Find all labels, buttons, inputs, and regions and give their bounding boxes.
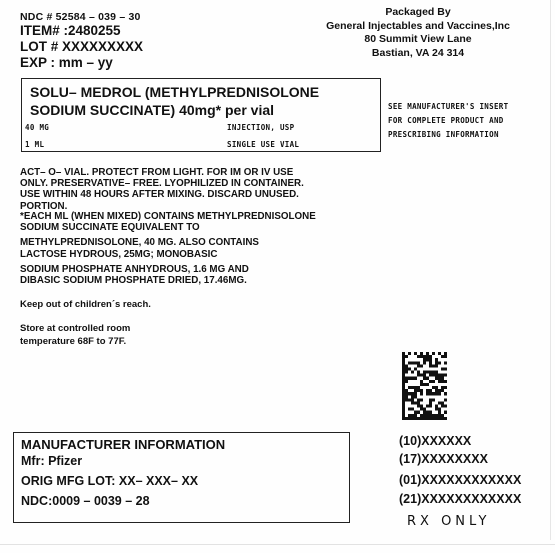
- manufacturer-ndc: NDC:0009 – 0039 – 28: [21, 494, 150, 508]
- phosphate-text: SODIUM PHOSPHATE ANHYDROUS, 1.6 MG AND D…: [20, 265, 249, 286]
- product-box: SOLU– MEDROL (METHYLPREDNISOLONE SODIUM …: [21, 78, 381, 152]
- insert-note-line: PRESCRIBING INFORMATION: [388, 128, 508, 142]
- drug-label: NDC # 52584 – 039 – 30 ITEM# :2480255 LO…: [0, 0, 555, 553]
- product-name-line1: SOLU– MEDROL (METHYLPREDNISOLONE: [30, 83, 319, 101]
- phosphate-line: DIBASIC SODIUM PHOSPHATE DRIED, 17.46MG.: [20, 276, 249, 287]
- expiration-date: EXP : mm – yy: [20, 55, 113, 70]
- packager-name: General Injectables and Vaccines,Inc: [318, 20, 518, 34]
- rx-only-label: RX ONLY: [407, 514, 491, 529]
- label-edge-right: [550, 0, 551, 540]
- directions-line: *EACH ML (WHEN MIXED) CONTAINS METHYLPRE…: [20, 212, 316, 223]
- directions-line: USE WITHIN 48 HOURS AFTER MIXING. DISCAR…: [20, 190, 316, 201]
- repack-ndc: NDC # 52584 – 039 – 30: [20, 11, 141, 23]
- product-strength: 40 MG: [25, 123, 49, 132]
- label-edge-bottom: [0, 544, 555, 545]
- phosphate-line: SODIUM PHOSPHATE ANHYDROUS, 1.6 MG AND: [20, 265, 249, 276]
- manufacturer-title: MANUFACTURER INFORMATION: [21, 437, 225, 452]
- directions-line: SODIUM SUCCINATE EQUIVALENT TO: [20, 223, 316, 234]
- insert-note: SEE MANUFACTURER'S INSERT FOR COMPLETE P…: [388, 100, 508, 142]
- composition-line: LACTOSE HYDROUS, 25MG; MONOBASIC: [20, 249, 259, 261]
- product-volume: 1 ML: [25, 140, 44, 149]
- product-form: INJECTION, USP: [227, 123, 294, 132]
- composition-line: METHYLPREDNISOLONE, 40 MG. ALSO CONTAINS: [20, 237, 259, 249]
- directions-line: ONLY. PRESERVATIVE– FREE. LYOPHILIZED IN…: [20, 179, 316, 190]
- gs1-expiry-code: (17)XXXXXXXX: [399, 452, 488, 466]
- packager-address-line2: Bastian, VA 24 314: [318, 47, 518, 61]
- gs1-serial-code: (21)XXXXXXXXXXXX: [399, 492, 521, 506]
- insert-note-line: SEE MANUFACTURER'S INSERT: [388, 100, 508, 114]
- vial-type: SINGLE USE VIAL: [227, 140, 299, 149]
- product-name-line2: SODIUM SUCCINATE) 40mg* per vial: [30, 101, 319, 119]
- manufacturer-info-box: MANUFACTURER INFORMATION Mfr: Pfizer ORI…: [13, 432, 350, 523]
- original-mfg-lot: ORIG MFG LOT: XX– XXX– XX: [21, 474, 198, 488]
- packager-info: Packaged By General Injectables and Vacc…: [318, 6, 518, 60]
- directions-line: ACT– O– VIAL. PROTECT FROM LIGHT. FOR IM…: [20, 168, 316, 179]
- insert-note-line: FOR COMPLETE PRODUCT AND: [388, 114, 508, 128]
- packager-heading: Packaged By: [318, 6, 518, 20]
- gs1-gtin-code: (01)XXXXXXXXXXXX: [399, 473, 521, 487]
- directions-text: ACT– O– VIAL. PROTECT FROM LIGHT. FOR IM…: [20, 168, 316, 233]
- storage-instructions: Store at controlled room temperature 68F…: [20, 322, 130, 348]
- composition-text: METHYLPREDNISOLONE, 40 MG. ALSO CONTAINS…: [20, 237, 259, 260]
- manufacturer-name: Mfr: Pfizer: [21, 454, 82, 468]
- lot-number: LOT # XXXXXXXXX: [20, 39, 143, 54]
- item-number: ITEM# :2480255: [20, 23, 121, 38]
- packager-address-line1: 80 Summit View Lane: [318, 33, 518, 47]
- product-name: SOLU– MEDROL (METHYLPREDNISOLONE SODIUM …: [30, 83, 319, 119]
- storage-line: temperature 68F to 77F.: [20, 335, 130, 348]
- gs1-batch-code: (10)XXXXXX: [399, 434, 471, 448]
- storage-line: Store at controlled room: [20, 322, 130, 335]
- child-warning: Keep out of children´s reach.: [20, 300, 151, 311]
- datamatrix-barcode-icon: [402, 352, 447, 420]
